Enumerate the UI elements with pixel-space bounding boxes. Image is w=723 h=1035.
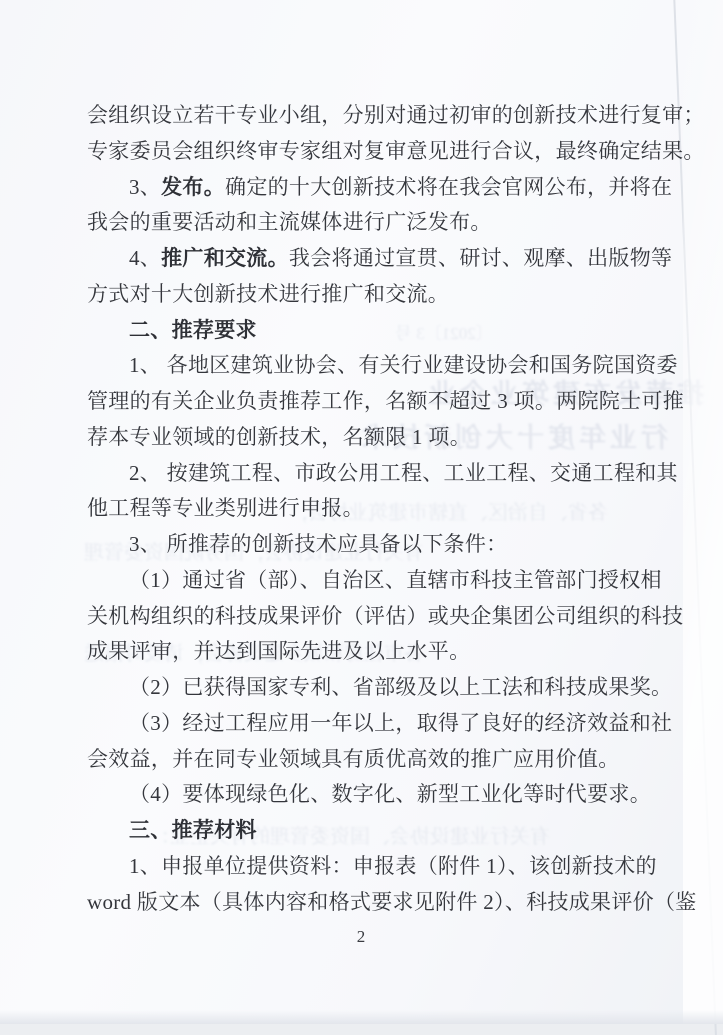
text-segment: （1）通过省（部）、自治区、直辖市科技主管部门授权相 — [129, 568, 662, 592]
text-line: （1）通过省（部）、自治区、直辖市科技主管部门授权相 — [87, 564, 677, 600]
text-segment: 2、 按建筑工程、市政公用工程、工业工程、交通工程和其 — [129, 461, 678, 485]
text-segment: 方式对十大创新技术进行推广和交流。 — [87, 282, 449, 306]
text-line: 1、 各地区建筑业协会、有关行业建设协会和国务院国资委 — [87, 349, 677, 385]
text-line: 方式对十大创新技术进行推广和交流。 — [87, 278, 677, 314]
section-heading: 三、推荐材料 — [87, 814, 677, 850]
text-segment: 3、 — [129, 175, 161, 199]
text-segment: 我会将通过宣贯、研讨、观摩、出版物等 — [289, 246, 672, 270]
text-segment: 成果评审，并达到国际先进及以上水平。 — [87, 639, 470, 663]
text-segment: 会组织设立若干专业小组，分别对通过初审的创新技术进行复审； — [87, 103, 705, 127]
text-line: 3、 所推荐的创新技术应具备以下条件： — [87, 528, 677, 564]
text-line: 3、发布。确定的十大创新技术将在我会官网公布，并将在 — [87, 171, 677, 207]
text-line: 2、 按建筑工程、市政公用工程、工业工程、交通工程和其 — [87, 457, 677, 493]
text-segment: 荐本专业领域的创新技术，名额限 1 项。 — [87, 425, 471, 449]
text-line: 4、推广和交流。我会将通过宣贯、研讨、观摩、出版物等 — [87, 242, 677, 278]
text-line: （4）要体现绿色化、数字化、新型工业化等时代要求。 — [87, 778, 677, 814]
page-number: 2 — [0, 927, 723, 947]
text-segment: 关机构组织的科技成果评价（评估）或央企集团公司组织的科技 — [87, 604, 683, 628]
text-line: 关机构组织的科技成果评价（评估）或央企集团公司组织的科技 — [87, 600, 677, 636]
text-segment: （3）经过工程应用一年以上，取得了良好的经济效益和社 — [129, 711, 672, 735]
text-line: 会效益，并在同专业领域具有质优高效的推广应用价值。 — [87, 743, 677, 779]
text-line: 专家委员会组织终审专家组对复审意见进行合议，最终确定结果。 — [87, 135, 677, 171]
text-line: 我会的重要活动和主流媒体进行广泛发布。 — [87, 206, 677, 242]
text-line: 会组织设立若干专业小组，分别对通过初审的创新技术进行复审； — [87, 99, 677, 135]
text-segment: 3、 所推荐的创新技术应具备以下条件： — [129, 532, 507, 556]
text-line: 管理的有关企业负责推荐工作，名额不超过 3 项。两院院士可推 — [87, 385, 677, 421]
text-line: （2）已获得国家专利、省部级及以上工法和科技成果奖。 — [87, 671, 677, 707]
text-segment: 管理的有关企业负责推荐工作，名额不超过 3 项。两院院士可推 — [87, 389, 684, 413]
text-line: 他工程等专业类别进行申报。 — [87, 492, 677, 528]
section-heading: 二、推荐要求 — [87, 314, 677, 350]
bold-text-segment: 推广和交流。 — [161, 247, 289, 270]
text-segment: 1、申报单位提供资料：申报表（附件 1）、该创新技术的 — [129, 854, 657, 878]
text-segment: 他工程等专业类别进行申报。 — [87, 496, 364, 520]
text-segment: 会效益，并在同专业领域具有质优高效的推广应用价值。 — [87, 747, 620, 771]
text-line: （3）经过工程应用一年以上，取得了良好的经济效益和社 — [87, 707, 677, 743]
text-segment: （2）已获得国家专利、省部级及以上工法和科技成果奖。 — [129, 675, 672, 699]
text-line: word 版文本（具体内容和格式要求见附件 2）、科技成果评价（鉴 — [87, 886, 677, 922]
text-segment: 我会的重要活动和主流媒体进行广泛发布。 — [87, 210, 492, 234]
bold-text-segment: 三、推荐材料 — [129, 819, 257, 842]
bold-text-segment: 二、推荐要求 — [129, 319, 257, 342]
text-segment: 1、 各地区建筑业协会、有关行业建设协会和国务院国资委 — [129, 353, 678, 377]
text-line: 成果评审，并达到国际先进及以上水平。 — [87, 635, 677, 671]
text-line: 荐本专业领域的创新技术，名额限 1 项。 — [87, 421, 677, 457]
text-line: 1、申报单位提供资料：申报表（附件 1）、该创新技术的 — [87, 850, 677, 886]
text-segment: word 版文本（具体内容和格式要求见附件 2）、科技成果评价（鉴 — [87, 890, 697, 914]
text-body: 会组织设立若干专业小组，分别对通过初审的创新技术进行复审；专家委员会组织终审专家… — [87, 99, 677, 921]
text-segment: 专家委员会组织终审专家组对复审意见进行合议，最终确定结果。 — [87, 139, 705, 163]
text-segment: 4、 — [129, 246, 161, 270]
text-segment: 确定的十大创新技术将在我会官网公布，并将在 — [225, 175, 672, 199]
text-segment: （4）要体现绿色化、数字化、新型工业化等时代要求。 — [129, 782, 651, 806]
bold-text-segment: 发布。 — [161, 176, 225, 199]
page-paper: 〔2021〕3 号推荐发布建筑业企业行业年度十大创新技术各省、自治区、直辖市建筑… — [0, 0, 723, 1024]
